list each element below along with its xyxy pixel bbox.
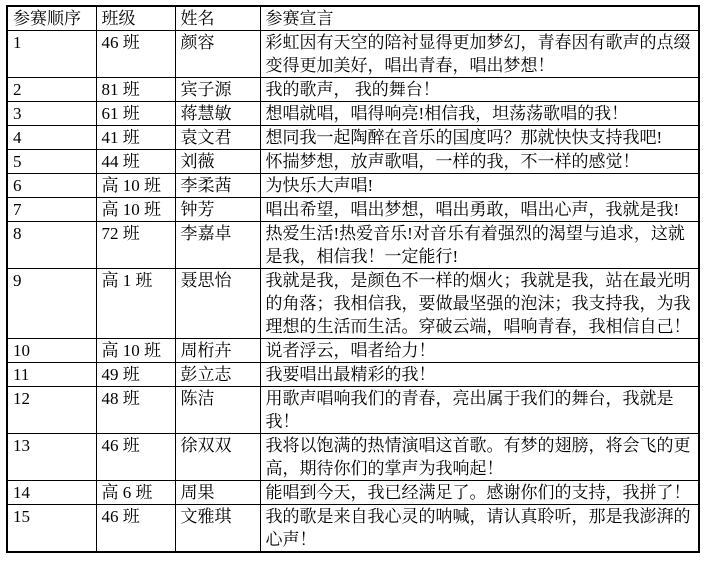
cell-declaration: 我将以饱满的热情演唱这首歌。有梦的翅膀，将会飞的更高，期待你们的掌声为我响起！ [260, 434, 699, 481]
cell-declaration: 唱出希望，唱出梦想，唱出勇敢，唱出心声，我就是我! [260, 198, 699, 222]
cell-class: 高 10 班 [96, 174, 175, 198]
cell-name: 颜容 [175, 31, 260, 78]
cell-class: 46 班 [96, 434, 175, 481]
cell-declaration: 为快乐大声唱! [260, 174, 699, 198]
table-row: 2 81 班 宾子源 我的歌声， 我的舞台！ [7, 78, 699, 102]
cell-order: 14 [7, 481, 96, 505]
cell-class: 46 班 [96, 31, 175, 78]
cell-class: 46 班 [96, 505, 175, 553]
cell-order: 7 [7, 198, 96, 222]
cell-order: 9 [7, 269, 96, 339]
cell-declaration: 我要唱出最精彩的我！ [260, 363, 699, 387]
cell-declaration: 想唱就唱，唱得响亮!相信我，坦荡荡歌唱的我！ [260, 102, 699, 126]
cell-class: 81 班 [96, 78, 175, 102]
cell-name: 彭立志 [175, 363, 260, 387]
cell-order: 8 [7, 222, 96, 269]
cell-name: 刘薇 [175, 150, 260, 174]
cell-declaration: 怀揣梦想，放声歌唱，一样的我，不一样的感觉！ [260, 150, 699, 174]
cell-order: 6 [7, 174, 96, 198]
cell-declaration: 我的歌是来自我心灵的呐喊，请认真聆听，那是我澎湃的心声！ [260, 505, 699, 553]
cell-declaration: 想同我一起陶醉在音乐的国度吗？那就快快支持我吧! [260, 126, 699, 150]
cell-name: 文雅琪 [175, 505, 260, 553]
cell-name: 宾子源 [175, 78, 260, 102]
cell-class: 48 班 [96, 387, 175, 434]
cell-class: 高 10 班 [96, 198, 175, 222]
cell-name: 蒋慧敏 [175, 102, 260, 126]
cell-name: 钟芳 [175, 198, 260, 222]
table-row: 6 高 10 班 李柔茜 为快乐大声唱! [7, 174, 699, 198]
cell-name: 周果 [175, 481, 260, 505]
cell-name: 李嘉卓 [175, 222, 260, 269]
cell-order: 4 [7, 126, 96, 150]
table-row: 5 44 班 刘薇 怀揣梦想，放声歌唱，一样的我，不一样的感觉！ [7, 150, 699, 174]
table-row: 12 48 班 陈洁 用歌声唱响我们的青春，亮出属于我们的舞台，我就是我！ [7, 387, 699, 434]
cell-declaration: 说者浮云，唱者给力！ [260, 339, 699, 363]
table-body: 1 46 班 颜容 彩虹因有天空的陪衬显得更加梦幻，青春因有歌声的点缀变得更加美… [7, 31, 699, 553]
cell-class: 44 班 [96, 150, 175, 174]
table-row: 3 61 班 蒋慧敏 想唱就唱，唱得响亮!相信我，坦荡荡歌唱的我！ [7, 102, 699, 126]
cell-declaration: 能唱到今天，我已经满足了。感谢你们的支持，我拼了！ [260, 481, 699, 505]
cell-order: 10 [7, 339, 96, 363]
cell-name: 周桁卉 [175, 339, 260, 363]
cell-name: 袁文君 [175, 126, 260, 150]
cell-name: 徐双双 [175, 434, 260, 481]
table-row: 13 46 班 徐双双 我将以饱满的热情演唱这首歌。有梦的翅膀，将会飞的更高，期… [7, 434, 699, 481]
contest-roster-table: 参赛顺序 班级 姓名 参赛宣言 1 46 班 颜容 彩虹因有天空的陪衬显得更加梦… [6, 5, 700, 553]
column-header-class: 班级 [96, 6, 175, 31]
table-row: 15 46 班 文雅琪 我的歌是来自我心灵的呐喊，请认真聆听，那是我澎湃的心声！ [7, 505, 699, 553]
document-page: 参赛顺序 班级 姓名 参赛宣言 1 46 班 颜容 彩虹因有天空的陪衬显得更加梦… [0, 0, 705, 558]
cell-name: 聂思怡 [175, 269, 260, 339]
table-row: 4 41 班 袁文君 想同我一起陶醉在音乐的国度吗？那就快快支持我吧! [7, 126, 699, 150]
cell-order: 13 [7, 434, 96, 481]
cell-order: 11 [7, 363, 96, 387]
cell-declaration: 彩虹因有天空的陪衬显得更加梦幻，青春因有歌声的点缀变得更加美好，唱出青春，唱出梦… [260, 31, 699, 78]
cell-order: 15 [7, 505, 96, 553]
cell-order: 5 [7, 150, 96, 174]
table-row: 9 高 1 班 聂思怡 我就是我，是颜色不一样的烟火；我就是我，站在最光明的角落… [7, 269, 699, 339]
cell-order: 3 [7, 102, 96, 126]
table-row: 10 高 10 班 周桁卉 说者浮云，唱者给力！ [7, 339, 699, 363]
cell-name: 李柔茜 [175, 174, 260, 198]
table-row: 1 46 班 颜容 彩虹因有天空的陪衬显得更加梦幻，青春因有歌声的点缀变得更加美… [7, 31, 699, 78]
column-header-order: 参赛顺序 [7, 6, 96, 31]
cell-order: 1 [7, 31, 96, 78]
cell-name: 陈洁 [175, 387, 260, 434]
table-row: 8 72 班 李嘉卓 热爱生活!热爱音乐!对音乐有着强烈的渴望与追求，这就是我，… [7, 222, 699, 269]
cell-class: 49 班 [96, 363, 175, 387]
cell-declaration: 我的歌声， 我的舞台！ [260, 78, 699, 102]
cell-declaration: 我就是我，是颜色不一样的烟火；我就是我，站在最光明的角落；我相信我，要做最坚强的… [260, 269, 699, 339]
header-row: 参赛顺序 班级 姓名 参赛宣言 [7, 6, 699, 31]
table-row: 11 49 班 彭立志 我要唱出最精彩的我！ [7, 363, 699, 387]
column-header-declaration: 参赛宣言 [260, 6, 699, 31]
cell-class: 61 班 [96, 102, 175, 126]
cell-class: 72 班 [96, 222, 175, 269]
column-header-name: 姓名 [175, 6, 260, 31]
cell-class: 高 10 班 [96, 339, 175, 363]
table-row: 14 高 6 班 周果 能唱到今天，我已经满足了。感谢你们的支持，我拼了！ [7, 481, 699, 505]
cell-order: 2 [7, 78, 96, 102]
cell-class: 高 1 班 [96, 269, 175, 339]
cell-declaration: 用歌声唱响我们的青春，亮出属于我们的舞台，我就是我！ [260, 387, 699, 434]
cell-class: 41 班 [96, 126, 175, 150]
cell-class: 高 6 班 [96, 481, 175, 505]
cell-order: 12 [7, 387, 96, 434]
table-row: 7 高 10 班 钟芳 唱出希望，唱出梦想，唱出勇敢，唱出心声，我就是我! [7, 198, 699, 222]
cell-declaration: 热爱生活!热爱音乐!对音乐有着强烈的渴望与追求，这就是我，相信我！一定能行! [260, 222, 699, 269]
